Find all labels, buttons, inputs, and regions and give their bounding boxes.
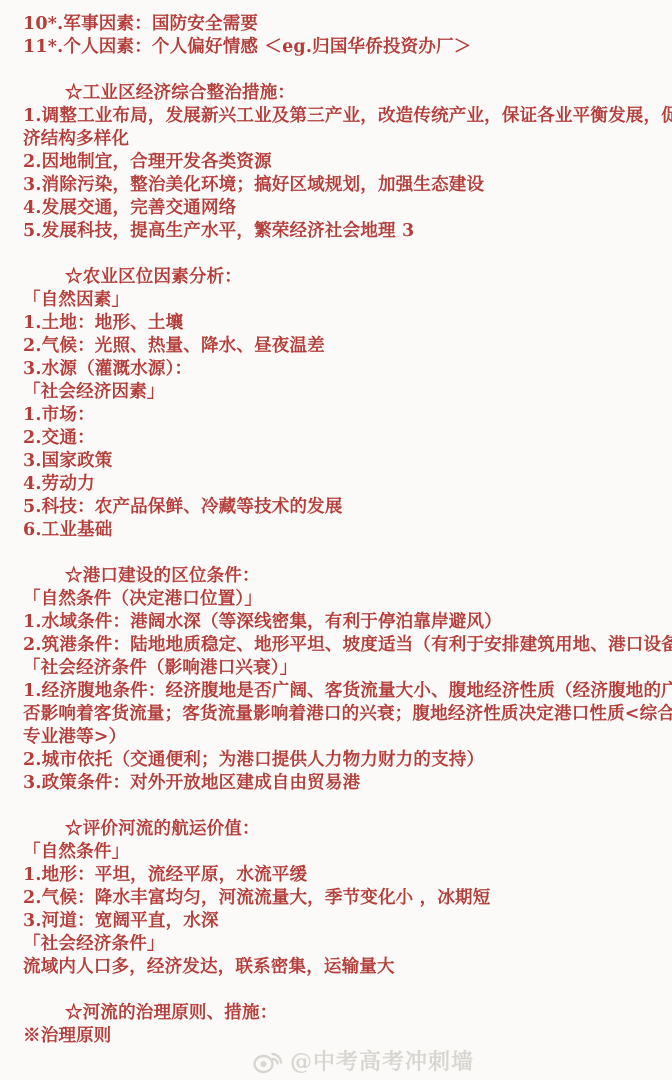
text-line: 2.筑港条件：陆地地质稳定、地形平坦、坡度适当（有利于安排建筑用地、港口设备）	[23, 634, 664, 657]
text-line: 流域内人口多，经济发达，联系密集，运输量大	[23, 956, 664, 979]
text-line: 「自然因素」	[23, 289, 664, 312]
text-line: 「自然条件（决定港口位置）」	[23, 588, 664, 611]
text-line: 4.发展交通，完善交通网络	[23, 197, 664, 220]
text-line: 10*.军事因素：国防安全需要	[23, 13, 664, 36]
blank-line	[23, 795, 664, 818]
text-line: 2.气候：光照、热量、降水、昼夜温差	[23, 335, 664, 358]
text-line: 济结构多样化	[23, 128, 664, 151]
blank-line	[23, 243, 664, 266]
text-line: 6.工业基础	[23, 519, 664, 542]
weibo-icon	[252, 1045, 284, 1075]
section-heading: ☆农业区位因素分析：	[23, 266, 664, 289]
text-line: 专业港等>）	[23, 726, 664, 749]
notes-document: 10*.军事因素：国防安全需要11*.个人因素：个人偏好情感 ＜eg.归国华侨投…	[0, 0, 672, 1048]
blank-line	[23, 542, 664, 565]
text-line: 2.交通：	[23, 427, 664, 450]
text-line: 「社会经济条件（影响港口兴衰）」	[23, 657, 664, 680]
text-line: 「社会经济因素」	[23, 381, 664, 404]
text-line: 3.河道：宽阔平直，水深	[23, 910, 664, 933]
section-heading: ☆港口建设的区位条件：	[23, 565, 664, 588]
text-line: 2.气候：降水丰富均匀，河流流量大，季节变化小 ，冰期短	[23, 887, 664, 910]
section-heading: ☆评价河流的航运价值：	[23, 818, 664, 841]
text-line: 3.国家政策	[23, 450, 664, 473]
text-line: 3.消除污染，整治美化环境；搞好区域规划，加强生态建设	[23, 174, 664, 197]
text-line: 1.经济腹地条件：经济腹地是否广阔、客货流量大小、腹地经济性质（经济腹地的广阔与	[23, 680, 664, 703]
text-line: 2.因地制宜，合理开发各类资源	[23, 151, 664, 174]
text-line: 1.土地：地形、土壤	[23, 312, 664, 335]
text-line: 2.城市依托（交通便利；为港口提供人力物力财力的支持）	[23, 749, 664, 772]
text-line: 「自然条件」	[23, 841, 664, 864]
text-line: 1.水域条件：港阔水深（等深线密集，有利于停泊靠岸避风）	[23, 611, 664, 634]
text-line: 5.发展科技，提高生产水平，繁荣经济社会地理 3	[23, 220, 664, 243]
section-heading: ☆工业区经济综合整治措施：	[23, 82, 664, 105]
watermark-text: @中考高考冲刺墙	[290, 1045, 474, 1076]
text-line: 3.水源（灌溉水源）：	[23, 358, 664, 381]
text-line: 否影响着客货流量；客货流量影响着港口的兴衰；腹地经济性质决定港口性质<综合港、	[23, 703, 664, 726]
text-line: 1.调整工业布局，发展新兴工业及第三产业，改造传统产业，保证各业平衡发展，促进经	[23, 105, 664, 128]
section-heading: ☆河流的治理原则、措施：	[23, 1002, 664, 1025]
blank-line	[23, 979, 664, 1002]
text-line: 11*.个人因素：个人偏好情感 ＜eg.归国华侨投资办厂＞	[23, 36, 664, 59]
text-line: 4.劳动力	[23, 473, 664, 496]
text-line: 「社会经济条件」	[23, 933, 664, 956]
text-line: 5.科技：农产品保鲜、冷藏等技术的发展	[23, 496, 664, 519]
text-line: 1.市场：	[23, 404, 664, 427]
text-line: 3.政策条件：对外开放地区建成自由贸易港	[23, 772, 664, 795]
watermark: @中考高考冲刺墙	[252, 1044, 474, 1076]
text-line: 1.地形：平坦，流经平原，水流平缓	[23, 864, 664, 887]
blank-line	[23, 59, 664, 82]
